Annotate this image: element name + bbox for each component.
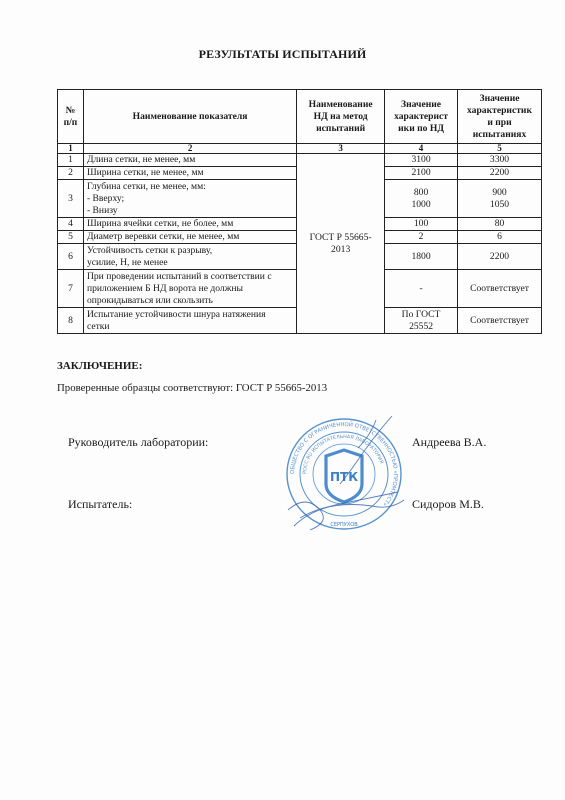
test-value: 2200 <box>458 167 542 180</box>
nd-value: 2 <box>385 231 458 244</box>
indicator-name: Ширина сетки, не менее, мм <box>83 167 296 180</box>
nd-value: 2100 <box>385 167 458 180</box>
row-number: 2 <box>58 167 84 180</box>
row-number: 8 <box>58 308 84 334</box>
test-value: Соответствует <box>458 308 542 334</box>
signature-role-tester: Испытатель: <box>68 497 132 512</box>
stamp-logo-text: ПТК <box>330 470 358 484</box>
signature-name-tester: Сидоров М.В. <box>412 497 484 512</box>
test-value: 9001050 <box>458 180 542 218</box>
row-number: 6 <box>58 244 84 270</box>
header-indicator-name: Наименование показателя <box>83 90 296 144</box>
test-value: 3300 <box>458 154 542 167</box>
table-row: 1Длина сетки, не менее, ммГОСТ Р 55665-2… <box>58 154 542 167</box>
column-number: 2 <box>83 144 296 154</box>
table-header-row: №п/п Наименование показателя Наименовани… <box>58 90 542 144</box>
test-value: Соответствует <box>458 270 542 308</box>
indicator-name: Устойчивость сетки к разрыву,усилие, Н, … <box>83 244 296 270</box>
test-value: 6 <box>458 231 542 244</box>
test-value: 2200 <box>458 244 542 270</box>
signature-name-head: Андреева В.А. <box>412 435 486 450</box>
nd-value: 100 <box>385 218 458 231</box>
column-number: 4 <box>385 144 458 154</box>
conclusion-title: ЗАКЛЮЧЕНИЕ: <box>57 360 142 372</box>
header-test-value: Значениехарактеристики прииспытаниях <box>458 90 542 144</box>
method-nd: ГОСТ Р 55665-2013 <box>297 154 385 334</box>
indicator-name: Длина сетки, не менее, мм <box>83 154 296 167</box>
column-number: 5 <box>458 144 542 154</box>
indicator-name: Ширина ячейки сетки, не более, мм <box>83 218 296 231</box>
indicator-name: Диаметр веревки сетки, не менее, мм <box>83 231 296 244</box>
conclusion-text: Проверенные образцы соответствуют: ГОСТ … <box>57 382 327 394</box>
header-num: №п/п <box>58 90 84 144</box>
header-nd-value: Значениехарактеристики по НД <box>385 90 458 144</box>
table-body: 1Длина сетки, не менее, ммГОСТ Р 55665-2… <box>58 154 542 334</box>
nd-value: 8001000 <box>385 180 458 218</box>
column-number: 3 <box>297 144 385 154</box>
document-title: РЕЗУЛЬТАТЫ ИСПЫТАНИЙ <box>0 47 565 62</box>
row-number: 4 <box>58 218 84 231</box>
nd-value: - <box>385 270 458 308</box>
results-table: №п/п Наименование показателя Наименовани… <box>57 89 542 334</box>
stamp-city-text: СЕРПУХОВ <box>330 522 358 528</box>
nd-value: 1800 <box>385 244 458 270</box>
nd-value: 3100 <box>385 154 458 167</box>
header-method-nd: НаименованиеНД на методиспытаний <box>297 90 385 144</box>
row-number: 1 <box>58 154 84 167</box>
column-number: 1 <box>58 144 84 154</box>
indicator-name: При проведении испытаний в соответствии … <box>83 270 296 308</box>
signature-role-head: Руководитель лаборатории: <box>68 435 208 450</box>
indicator-name: Глубина сетки, не менее, мм:- Вверху;- В… <box>83 180 296 218</box>
test-value: 80 <box>458 218 542 231</box>
row-number: 3 <box>58 180 84 218</box>
nd-value: По ГОСТ25552 <box>385 308 458 334</box>
column-numbers-row: 1 2 3 4 5 <box>58 144 542 154</box>
row-number: 5 <box>58 231 84 244</box>
indicator-name: Испытание устойчивости шнура натяжениясе… <box>83 308 296 334</box>
row-number: 7 <box>58 270 84 308</box>
lab-stamp: ОБЩЕСТВО С ОГРАНИЧЕННОЙ ОТВЕТСТВЕННОСТЬЮ… <box>280 414 408 534</box>
